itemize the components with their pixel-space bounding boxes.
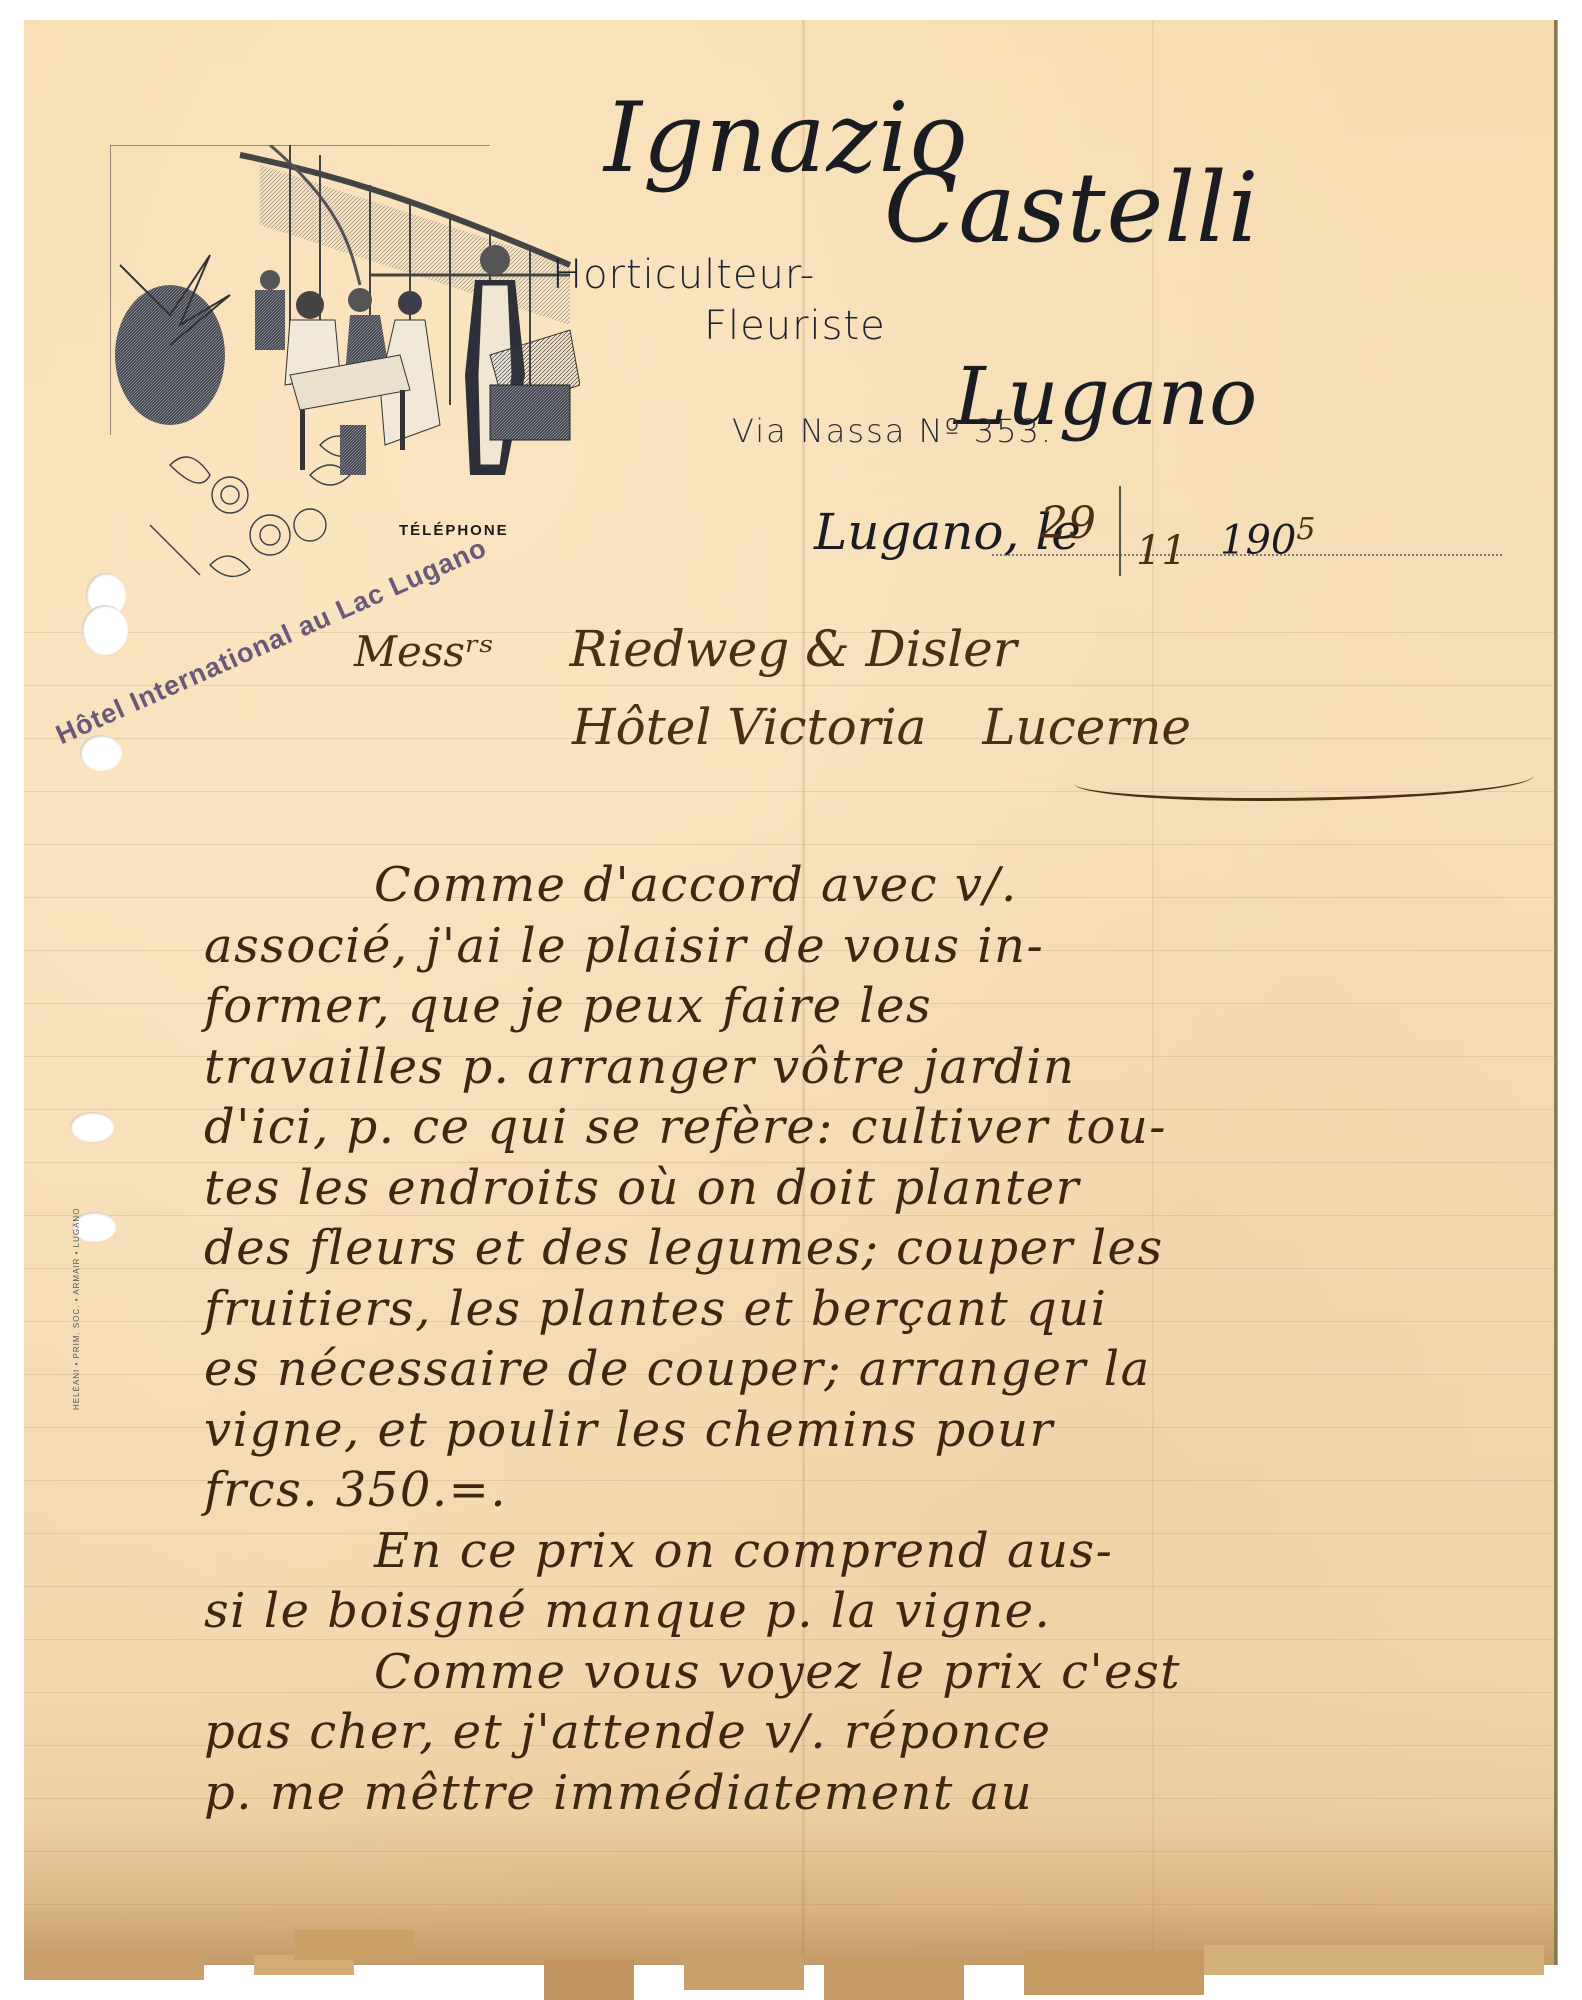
telephone-label: TÉLÉPHONE — [399, 522, 509, 539]
punch-hole-torn — [82, 605, 128, 655]
body-line: tes les endroits où on doit planter — [204, 1158, 1534, 1219]
letter-body: Comme d'accord avec v/. associé, j'ai le… — [204, 855, 1534, 1823]
body-line: si le boisgné manque p. la vigne. — [204, 1581, 1534, 1642]
salutation: Messʳˢ — [354, 627, 494, 676]
last-name: Castelli — [884, 160, 1259, 256]
recipient-city: Lucerne — [982, 698, 1191, 756]
date-year-handwritten: 5 — [1296, 512, 1315, 547]
date-year-printed: 190 — [1220, 517, 1296, 563]
recipient-name-line: Messʳˢ Riedweg & Disler — [354, 620, 1017, 678]
punch-hole — [70, 1112, 114, 1142]
date-year: 1905 — [1220, 512, 1315, 563]
letterhead-address: Via Nassa Nº 353. — [732, 412, 1053, 450]
date-day: 29 — [1040, 498, 1096, 549]
torn-bottom-edge — [24, 1910, 1554, 1990]
body-line: travailles p. arranger vôtre jardin — [204, 1037, 1534, 1098]
profession-line-2: Fleuriste — [704, 303, 886, 349]
body-line: Comme vous voyez le prix c'est — [204, 1642, 1534, 1703]
body-line: pas cher, et j'attende v/. réponce — [204, 1702, 1534, 1763]
letter-sheet: Ignazio Castelli Horticulteur- Fleuriste… — [24, 20, 1557, 1965]
body-line: Comme d'accord avec v/. — [204, 855, 1534, 916]
body-line: es nécessaire de couper; arranger la — [204, 1339, 1534, 1400]
body-line: des fleurs et des legumes; couper les — [204, 1218, 1534, 1279]
recipient-hotel: Hôtel Victoria — [572, 698, 926, 756]
body-line: associé, j'ai le plaisir de vous in- — [204, 916, 1534, 977]
body-line: vigne, et poulir les chemins pour — [204, 1400, 1534, 1461]
date-line: Lugano, le 29 11 1905 — [814, 498, 1514, 568]
body-line: p. me mêttre immédiatement au — [204, 1763, 1534, 1824]
greenhouse-engraving-icon — [110, 145, 580, 585]
greenhouse-engraving-illustration — [110, 145, 580, 585]
body-line: former, que je peux faire les — [204, 976, 1534, 1037]
date-separator — [1119, 486, 1121, 576]
recipient-address-line: Hôtel Victoria Lucerne — [572, 698, 1191, 756]
body-line: fruitiers, les plantes et berçant qui — [204, 1279, 1534, 1340]
recipient-name: Riedweg & Disler — [570, 620, 1017, 678]
body-line: En ce prix on comprend aus- — [204, 1521, 1534, 1582]
body-line: d'ici, p. ce qui se refère: cultiver tou… — [204, 1097, 1534, 1158]
profession-line-1: Horticulteur- — [552, 252, 815, 298]
printer-imprint: HELÉANI • PRIM. SOC. • ARMAIR • LUGANO — [72, 1208, 81, 1410]
body-line-amount: frcs. 350.=. — [204, 1460, 1534, 1521]
date-month: 11 — [1136, 528, 1187, 574]
